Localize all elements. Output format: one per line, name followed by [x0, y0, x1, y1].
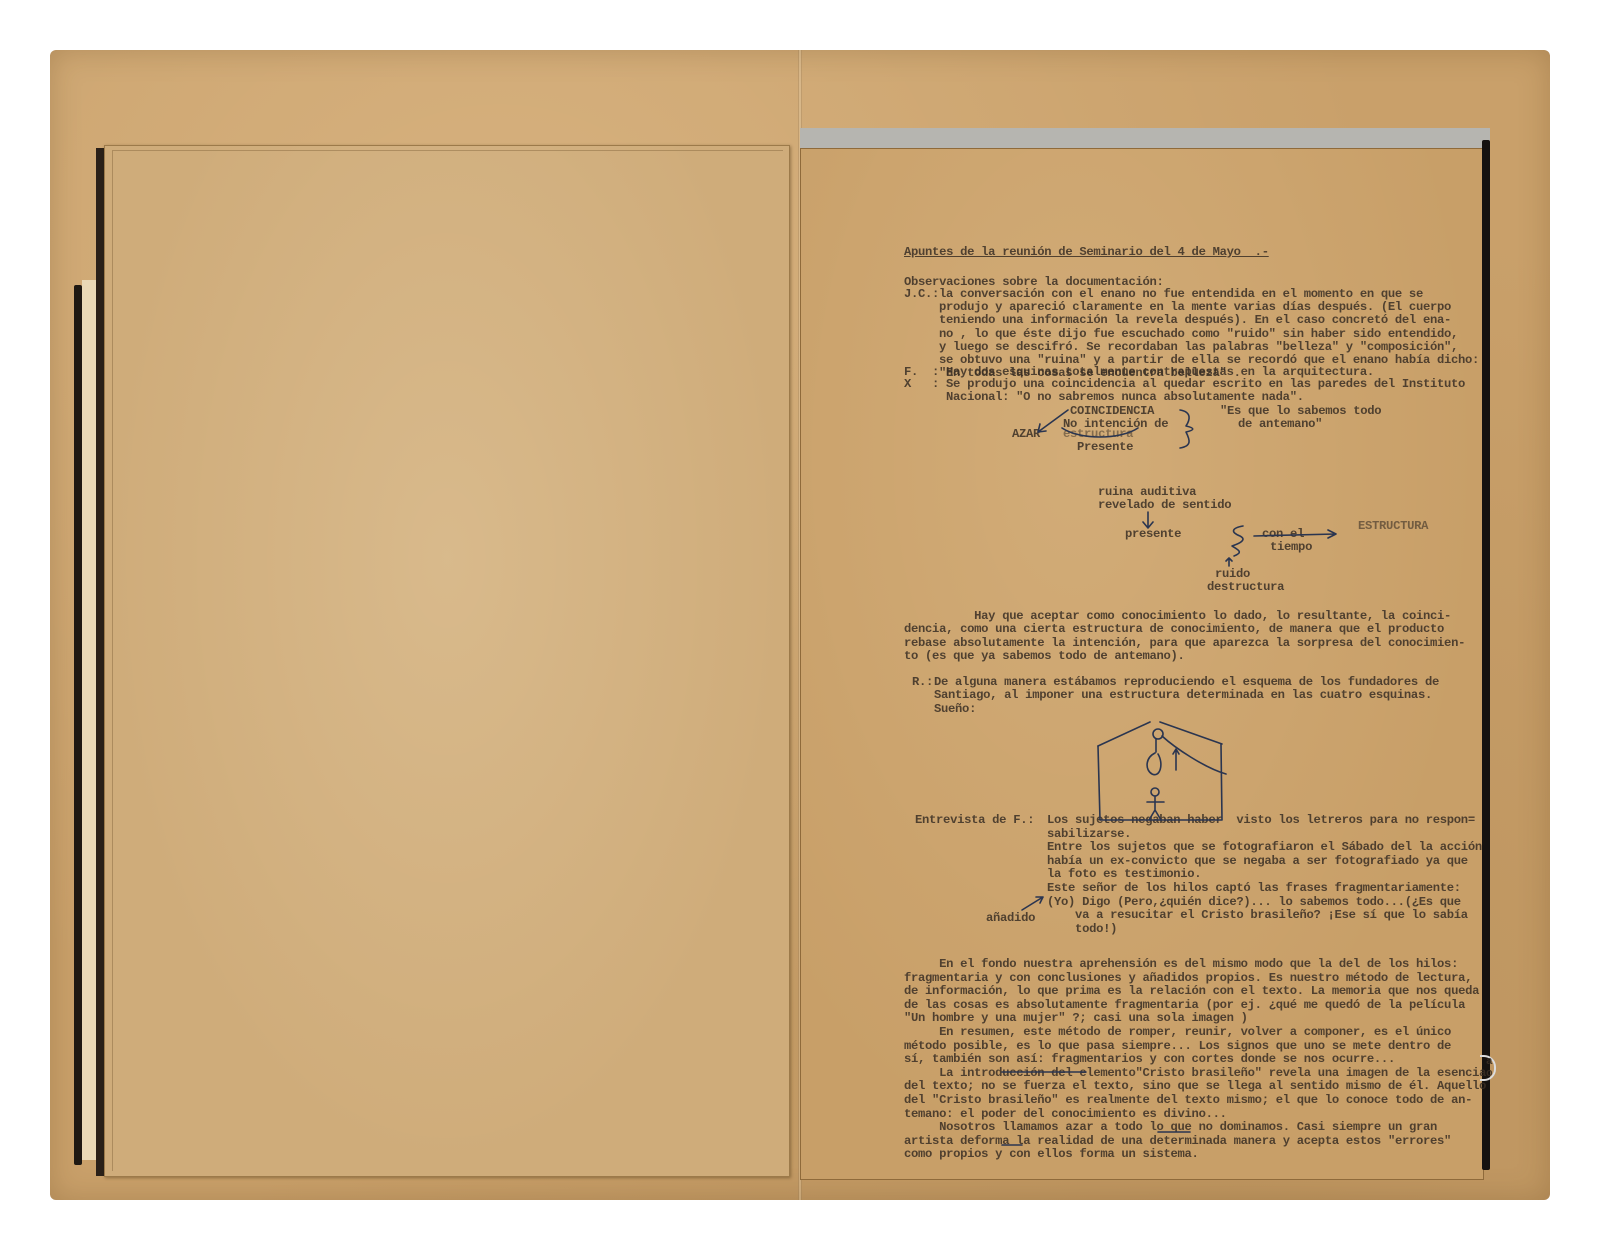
entrevista-label: Entrevista de F.: — [915, 814, 1034, 827]
diagram-azar: AZAR — [1012, 428, 1040, 441]
left-stack-insert — [82, 280, 97, 1160]
diagram-quote-line2: de antemano" — [1238, 418, 1322, 431]
diagram2-presente: presente — [1125, 528, 1181, 541]
paragraph-line: del texto; no se fuerza el texto, sino q… — [904, 1080, 1486, 1093]
paragraph-line: de las cosas es absolutamente fragmentar… — [904, 999, 1465, 1012]
r-entry-line: Santiago, al imponer una estructura dete… — [934, 689, 1432, 702]
entrevista-line: había un ex-convicto que se negaba a ser… — [1047, 855, 1468, 868]
paragraph-line: rebase absolutamente la intención, para … — [904, 637, 1465, 650]
left-stack-edge — [74, 285, 82, 1165]
paragraph-line: artista deforma la realidad de una deter… — [904, 1135, 1451, 1148]
paragraph-line: En el fondo nuestra aprehensión es del m… — [904, 958, 1458, 971]
paragraph-line: "Un hombre y una mujer" ?; casi una sola… — [904, 1012, 1248, 1025]
paragraph-line: sí, también son así: fragmentarios y con… — [904, 1053, 1395, 1066]
paragraph-line: La introducción del elemento"Cristo bras… — [904, 1067, 1486, 1080]
left-stack-shadow — [96, 148, 104, 1176]
page-title: Apuntes de la reunión de Seminario del 4… — [904, 246, 1269, 259]
diagram-presente: Presente — [1077, 441, 1133, 454]
entrevista-line: (Yo) Digo (Pero,¿quién dice?)... lo sabe… — [1047, 896, 1461, 909]
paragraph-line: Nosotros llamamos azar a todo lo que no … — [904, 1121, 1437, 1134]
r-speaker: R.: — [912, 676, 933, 689]
entrevista-line: va a resucitar el Cristo brasileño? ¡Ese… — [1047, 909, 1468, 922]
entry-speaker: J.C. — [904, 288, 932, 301]
paragraph-line: temano: el poder del conocimiento es div… — [904, 1108, 1227, 1121]
entry-line: teniendo una información la revela despu… — [932, 314, 1451, 327]
entrevista-line: Los sujetos negaban haber visto los letr… — [1047, 814, 1475, 827]
diagram2-revelado: revelado de sentido — [1098, 499, 1231, 512]
paragraph-line: como propios y con ellos forma un sistem… — [904, 1148, 1199, 1161]
entrevista-line: todo!) — [1047, 923, 1117, 936]
paragraph-line: to (es que ya sabemos todo de antemano). — [904, 650, 1185, 663]
entry-speaker: X — [904, 378, 911, 391]
entrevista-line: Entre los sujetos que se fotografiaron e… — [1047, 841, 1482, 854]
margin-char-o: o — [1486, 1068, 1492, 1081]
paragraph-line: método posible, es lo que pasa siempre..… — [904, 1040, 1451, 1053]
paragraph-line: dencia, como una cierta estructura de co… — [904, 623, 1444, 636]
r-entry-line: De alguna manera estábamos reproduciendo… — [934, 676, 1439, 689]
diagram2-destructura: destructura — [1207, 581, 1284, 594]
paragraph-line: fragmentaria y con conclusiones y añadid… — [904, 972, 1472, 985]
right-stack-top-edge — [800, 128, 1490, 150]
entry-line: no , lo que éste dijo fue escuchado como… — [932, 328, 1458, 341]
entrevista-line: sabilizarse. — [1047, 828, 1131, 841]
diagram2-estructura: ESTRUCTURA — [1358, 520, 1428, 533]
paragraph-line: En resumen, este método de romper, reuni… — [904, 1026, 1451, 1039]
entry-line: Nacional: "O no sabremos nunca absolutam… — [932, 391, 1304, 404]
paragraph-line: del "Cristo brasileño" es realmente del … — [904, 1094, 1472, 1107]
left-page-border — [112, 150, 783, 1171]
paragraph-line: Hay que aceptar como conocimiento lo dad… — [904, 610, 1451, 623]
paragraph-line: de información, lo que prima es la relac… — [904, 985, 1479, 998]
diagram2-tiempo: tiempo — [1270, 541, 1312, 554]
right-stack-edge — [1482, 140, 1490, 1170]
entrevista-line: la foto es testimonio. — [1047, 868, 1201, 881]
r-entry-line: Sueño: — [934, 703, 976, 716]
annotation-anadido: añadido — [986, 912, 1035, 925]
entrevista-line: Este señor de los hilos captó las frases… — [1047, 882, 1461, 895]
